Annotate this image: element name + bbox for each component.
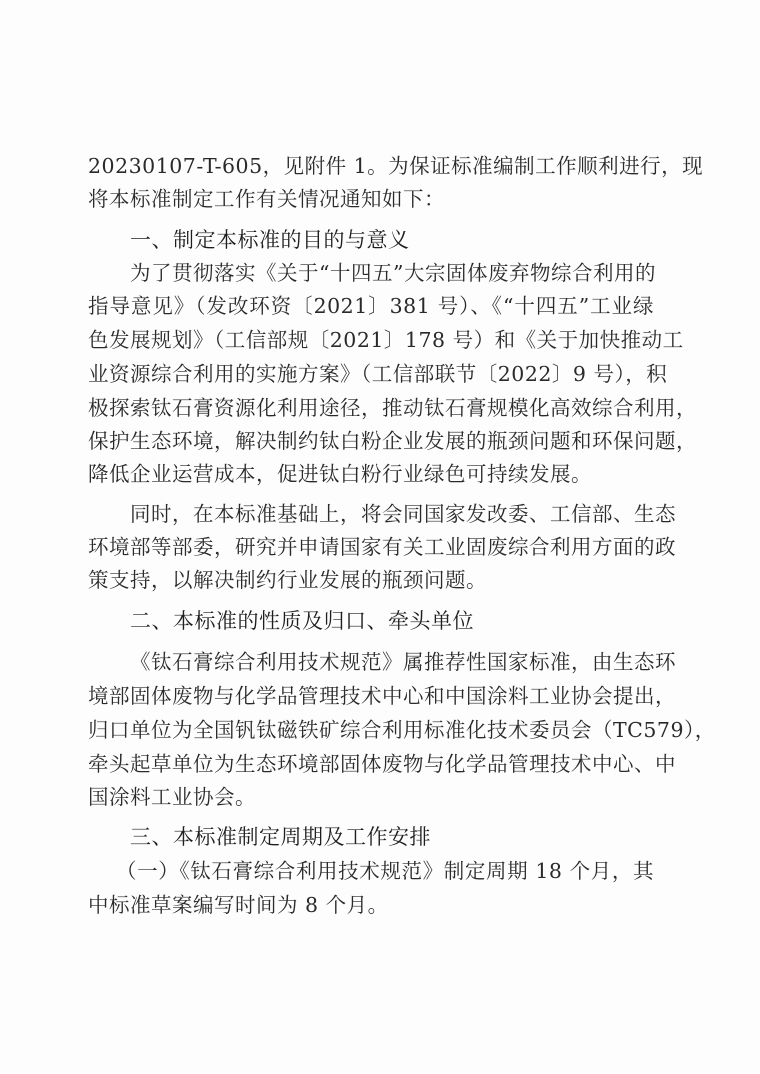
body-text-line: 牵头起草单位为生态环境部固体废物与化学品管理技术中心、中	[88, 749, 654, 779]
body-text-line: 为了贯彻落实《关于“十四五”大宗固体废弃物综合利用的	[130, 258, 654, 288]
body-text-line: 中标准草案编写时间为 8 个月。	[88, 890, 654, 920]
body-text-line: 指导意见》（发改环资〔2021〕381 号）、《“十四五”工业绿	[88, 291, 654, 321]
body-text-line: 降低企业运营成本，促进钛白粉行业绿色可持续发展。	[88, 459, 654, 489]
body-text-line: 策支持，以解决制约行业发展的瓶颈问题。	[88, 565, 654, 595]
body-text-line: 将本标准制定工作有关情况通知如下：	[88, 184, 654, 214]
body-text-line: 《钛石膏综合利用技术规范》属推荐性国家标准，由生态环	[130, 647, 654, 677]
body-text-line: 归口单位为全国钒钛磁铁矿综合利用标准化技术委员会（TC579），	[88, 715, 654, 745]
section-heading-3: 三、本标准制定周期及工作安排	[130, 822, 431, 852]
body-text-line: 色发展规划》（工信部规〔2021〕178 号）和《关于加快推动工	[88, 325, 654, 355]
body-text-line: 同时，在本标准基础上，将会同国家发改委、工信部、生态	[130, 499, 654, 529]
body-text-line: 国涂料工业协会。	[88, 782, 654, 812]
body-text-line: 环境部等部委，研究并申请国家有关工业固废综合利用方面的政	[88, 532, 654, 562]
body-text-line: （一）《钛石膏综合利用技术规范》制定周期 18 个月，其	[116, 856, 654, 886]
body-text-line: 业资源综合利用的实施方案》（工信部联节〔2022〕9 号），积	[88, 359, 654, 389]
section-heading-1: 一、制定本标准的目的与意义	[130, 225, 410, 255]
body-text-line: 保护生态环境，解决制约钛白粉企业发展的瓶颈问题和环保问题，	[88, 426, 654, 456]
document-page: 20230107-T-605，见附件 1。为保证标准编制工作顺利进行，现 将本标…	[0, 0, 760, 1074]
body-text-line: 境部固体废物与化学品管理技术中心和中国涂料工业协会提出，	[88, 681, 654, 711]
body-text-line: 极探索钛石膏资源化利用途径，推动钛石膏规模化高效综合利用，	[88, 393, 654, 423]
section-heading-2: 二、本标准的性质及归口、牵头单位	[130, 606, 474, 636]
body-text-line: 20230107-T-605，见附件 1。为保证标准编制工作顺利进行，现	[88, 151, 654, 181]
